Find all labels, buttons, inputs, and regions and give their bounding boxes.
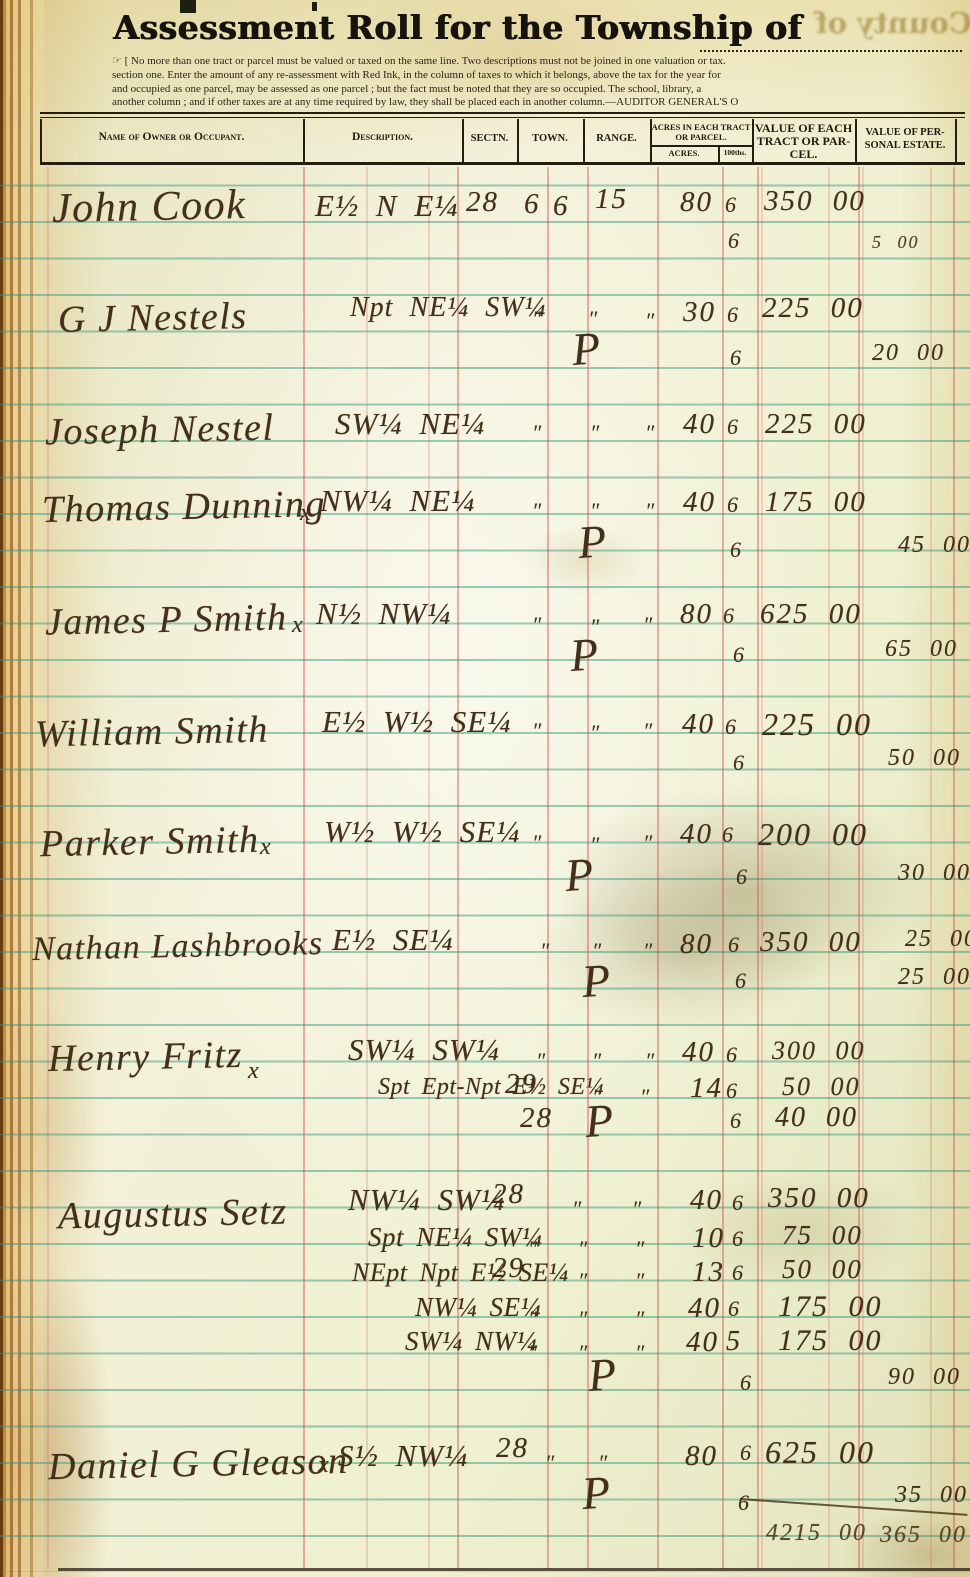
owner-name: Parker Smith [40,818,260,867]
rule-red [722,167,724,1569]
cell-rate: 6 [728,228,739,254]
owner-name: G J Nestels [58,294,248,342]
cell-acres: 40 [682,708,715,741]
cell-personal: 30 00 [898,860,970,887]
paraph-flourish: P [563,847,595,902]
ditto-town: ″ [592,1048,601,1074]
cell-value: 300 00 [772,1036,866,1066]
cell-personal: 50 00 [888,745,961,772]
cell-sectn: 28 [492,1178,525,1211]
land-description: SW¼ SW¼ [348,1032,500,1068]
land-description: NEpt Npt E½ SE¼ [352,1258,569,1288]
cell-rate: 6 [730,537,741,563]
owner-name: John Cook [52,181,247,233]
header-top-rule [40,112,965,114]
paraph-flourish: P [586,1347,618,1402]
cell-personal: 35 00 [895,1482,968,1509]
cell-rate: 6 [730,1108,741,1134]
owner-name: Henry Fritz [48,1033,244,1081]
cell-rate: 6 [733,750,744,776]
instructions-line: section one. Enter the amount of any re-… [112,69,970,83]
cell-acres: 10 [692,1222,725,1255]
ditto-sectn: ″ [528,1340,537,1366]
ditto-sectn: ″ [532,420,541,446]
land-description: E½ W½ SE¼ [322,704,511,740]
cell-rate: 6 [740,1370,751,1396]
col-header-acres-2: or Parcel. [650,132,752,142]
ditto-range: ″ [643,718,652,744]
cell-rate: 6 [728,1296,739,1322]
cell-acres: 80 [680,598,713,631]
total-personal-value: 365 00 [880,1522,967,1549]
ditto-sectn: ″ [532,830,541,856]
ditto-range: ″ [645,498,654,524]
cell-personal: 25 00 [898,964,970,991]
land-description: E½ N E¼ [315,188,459,224]
col-subheader-100ths: 100ths. [718,148,752,157]
rule-red [657,167,659,1569]
header-bottom-rule [40,162,965,165]
ditto-sectn: ″ [532,498,541,524]
owner-name: Daniel G Gleason [48,1439,349,1489]
cell-personal: 20 00 [872,340,945,367]
paraph-flourish: P [568,627,600,682]
col-header-range: Range. [583,133,650,144]
cell-value: 50 00 [782,1254,863,1285]
ditto-town: ″ [590,420,599,446]
cell-acres: 40 [683,486,716,519]
cell-value: 625 00 [760,598,862,631]
owner-name: William Smith [35,708,270,757]
cell-value: 225 00 [762,292,864,325]
cell-rate: 6 [735,968,746,994]
cell-personal: 45 00 [898,532,970,559]
col-header-personal-1: Value of Per- [855,127,955,138]
cell-value: 40 00 [775,1102,858,1134]
rule-red [858,167,860,1569]
cell-rate: 6 [728,932,739,958]
ditto-range: ″ [635,1268,644,1294]
cell-acres: 30 [683,296,716,329]
cell-acres: 14 [690,1072,723,1105]
ditto-range: ″ [643,612,652,638]
col-header-description: Description. [303,131,462,143]
cell-rate: 6 [732,1190,743,1216]
cell-value: 350 00 [760,926,862,959]
cell-range: 15 [595,183,628,216]
cell-acres: 80 [680,928,713,961]
cell-acres: 40 [683,408,716,441]
land-description: Npt NE¼ SW¼ [350,292,547,324]
col-header-acres-1: Acres in each Tract [650,122,752,132]
ditto-sectn: ″ [532,306,541,332]
acres-sub-rule [650,145,752,147]
cell-acres: 40 [688,1292,721,1325]
owner-mark-x: x [260,834,271,861]
col-header-personal-2: sonal Estate. [855,140,955,151]
ditto-sectn: ″ [532,718,541,744]
rule-red [547,167,549,1569]
owner-mark-x: x [248,1058,259,1085]
ditto-town: ″ [578,1236,587,1262]
land-description: SW¼ NE¼ [335,406,485,442]
cell-rate: 6 [726,1078,737,1104]
paraph-flourish: P [580,1465,612,1520]
col-header-town: Town. [517,133,583,144]
cell-rate: 6 [725,714,736,740]
land-description: NW¼ NE¼ [320,483,475,519]
col-subheader-acres: Acres. [650,148,718,158]
paraph-flourish: P [580,953,612,1008]
rule-red [303,167,305,1569]
cell-value: 175 00 [778,1290,883,1324]
ditto-range: ″ [640,1084,649,1110]
owner-mark-x: x [300,500,311,527]
rule-red [862,167,864,1569]
cell-value: 350 00 [768,1182,870,1215]
cell-acres: 13 [692,1256,725,1289]
cell-acres: 40 [682,1036,715,1069]
rule-red [757,167,759,1569]
cell-sectn: 29 [505,1068,538,1101]
owner-name: Nathan Lashbrooks [32,925,324,969]
col-header-name: Name of Owner or Occupant. [40,131,303,143]
cell-value: 225 00 [762,706,872,743]
cell-rate: 6 [727,492,738,518]
cell-rate: 6 [740,1440,751,1466]
township-blank-line [700,26,962,52]
cell-value: 625 00 [765,1434,875,1471]
cell-acres: 40 [690,1184,723,1217]
cell-rate: 6 [732,1226,743,1252]
land-description: SW¼ NW¼ [405,1326,537,1357]
cell-sectn: 28 [520,1102,553,1135]
ditto-range: ″ [645,308,654,334]
cell-rate: 6 [738,1490,749,1516]
cell-rate: 6 [736,864,747,890]
page-title: Assessment Roll for the Township of [113,8,802,47]
ditto-town: ″ [578,1306,587,1332]
instructions-block: ☞ [ No more than one tract or parcel mus… [112,55,970,110]
rule-red [761,167,763,1569]
cell-rate: 6 [726,1042,737,1068]
cell-personal: 65 00 [885,636,958,663]
cell-sectn: 28 [466,186,499,219]
land-description: Spt Ept-Npt E½ SE¼ [378,1074,604,1101]
instructions-line: another column ; and if other taxes are … [112,96,970,110]
ditto-town: ″ [545,1450,554,1476]
header-divider [955,119,957,162]
ditto-range: ″ [643,938,652,964]
cell-value: 225 00 [765,408,867,441]
land-description: N½ NW¼ [316,596,451,632]
ditto-sectn: ″ [532,612,541,638]
cell-rate: 6 [727,414,738,440]
cell-rate: 6 [733,642,744,668]
paraph-flourish: P [570,321,602,376]
cell-rate: 6 [723,603,734,629]
ditto-town: ″ [572,1196,581,1222]
cell-rate: 6 [722,822,733,848]
ditto-sectn: ″ [540,938,549,964]
instructions-line: ☞ [ No more than one tract or parcel mus… [112,55,970,69]
cell-value: 75 00 [782,1220,863,1251]
col-header-sectn: Sectn. [462,133,517,144]
owner-name: Thomas Dunning [42,482,327,532]
paraph-flourish: P [583,1093,615,1148]
cell-personal: 5 00 [872,232,920,253]
land-description: Spt NE¼ SW¼ [368,1222,543,1253]
cell-acres: 40 [680,818,713,851]
cell-value: 175 00 [765,486,867,519]
cell-rate: 6 [727,302,738,328]
cell-value: 50 00 [782,1072,861,1102]
cell-acres: 80 [685,1440,718,1473]
rule-red [828,167,830,1569]
owner-name: James P Smith [45,595,288,644]
cell-value: 200 00 [758,816,868,853]
ditto-town: ″ [578,1268,587,1294]
cell-value: 350 00 [764,185,866,218]
rule-red [457,167,459,1569]
cell-town: 6 [524,188,541,221]
rule-red [366,167,368,1569]
ditto-range: ″ [635,1306,644,1332]
cell-town2: 6 [553,190,570,223]
cell-rate: 6 [730,345,741,371]
owner-mark-x: x [292,612,303,639]
cell-rate: 5 [726,1326,740,1358]
header-top-rule2 [40,117,965,118]
col-header-value-tract-3: cel. [752,147,855,162]
instructions-line: and occupied as one parcel, may be asses… [112,83,970,97]
cell-rate: 6 [732,1260,743,1286]
cell-acres: 80 [680,186,713,219]
owner-mark-x: x [318,1452,329,1479]
rule-red [47,167,49,1569]
ditto-town: ″ [590,720,599,746]
paraph-flourish: P [576,514,608,569]
owner-name: Joseph Nestel [45,406,275,455]
ditto-range: ″ [643,830,652,856]
cell-acres: 40 [686,1326,719,1359]
total-tract-value: 4215 00 [766,1520,867,1547]
owner-name: Augustus Setz [58,1190,288,1239]
ditto-range: ″ [632,1196,641,1222]
ditto-range: ″ [635,1340,644,1366]
cell-personal: 25 00 [905,926,970,953]
bottom-rule [58,1568,970,1571]
cell-personal: 90 00 [888,1364,961,1391]
ditto-range: ″ [635,1236,644,1262]
ditto-range: ″ [645,420,654,446]
cell-sectn: 29 [492,1252,525,1285]
land-description: W½ W½ SE¼ [324,814,520,850]
cell-value: 175 00 [778,1324,883,1358]
land-description: NW¼ SE¼ [415,1292,541,1323]
rule-red [428,167,430,1569]
land-description: NW¼ SW¼ [348,1182,505,1218]
land-description: S½ NW¼ [338,1438,468,1474]
assessment-roll-page: County of Assessment Roll for the Townsh… [0,0,970,1577]
cell-rate: 6 [725,192,736,218]
land-description: E½ SE¼ [332,922,454,958]
cell-sectn: 28 [496,1432,529,1465]
ditto-range: ″ [645,1048,654,1074]
